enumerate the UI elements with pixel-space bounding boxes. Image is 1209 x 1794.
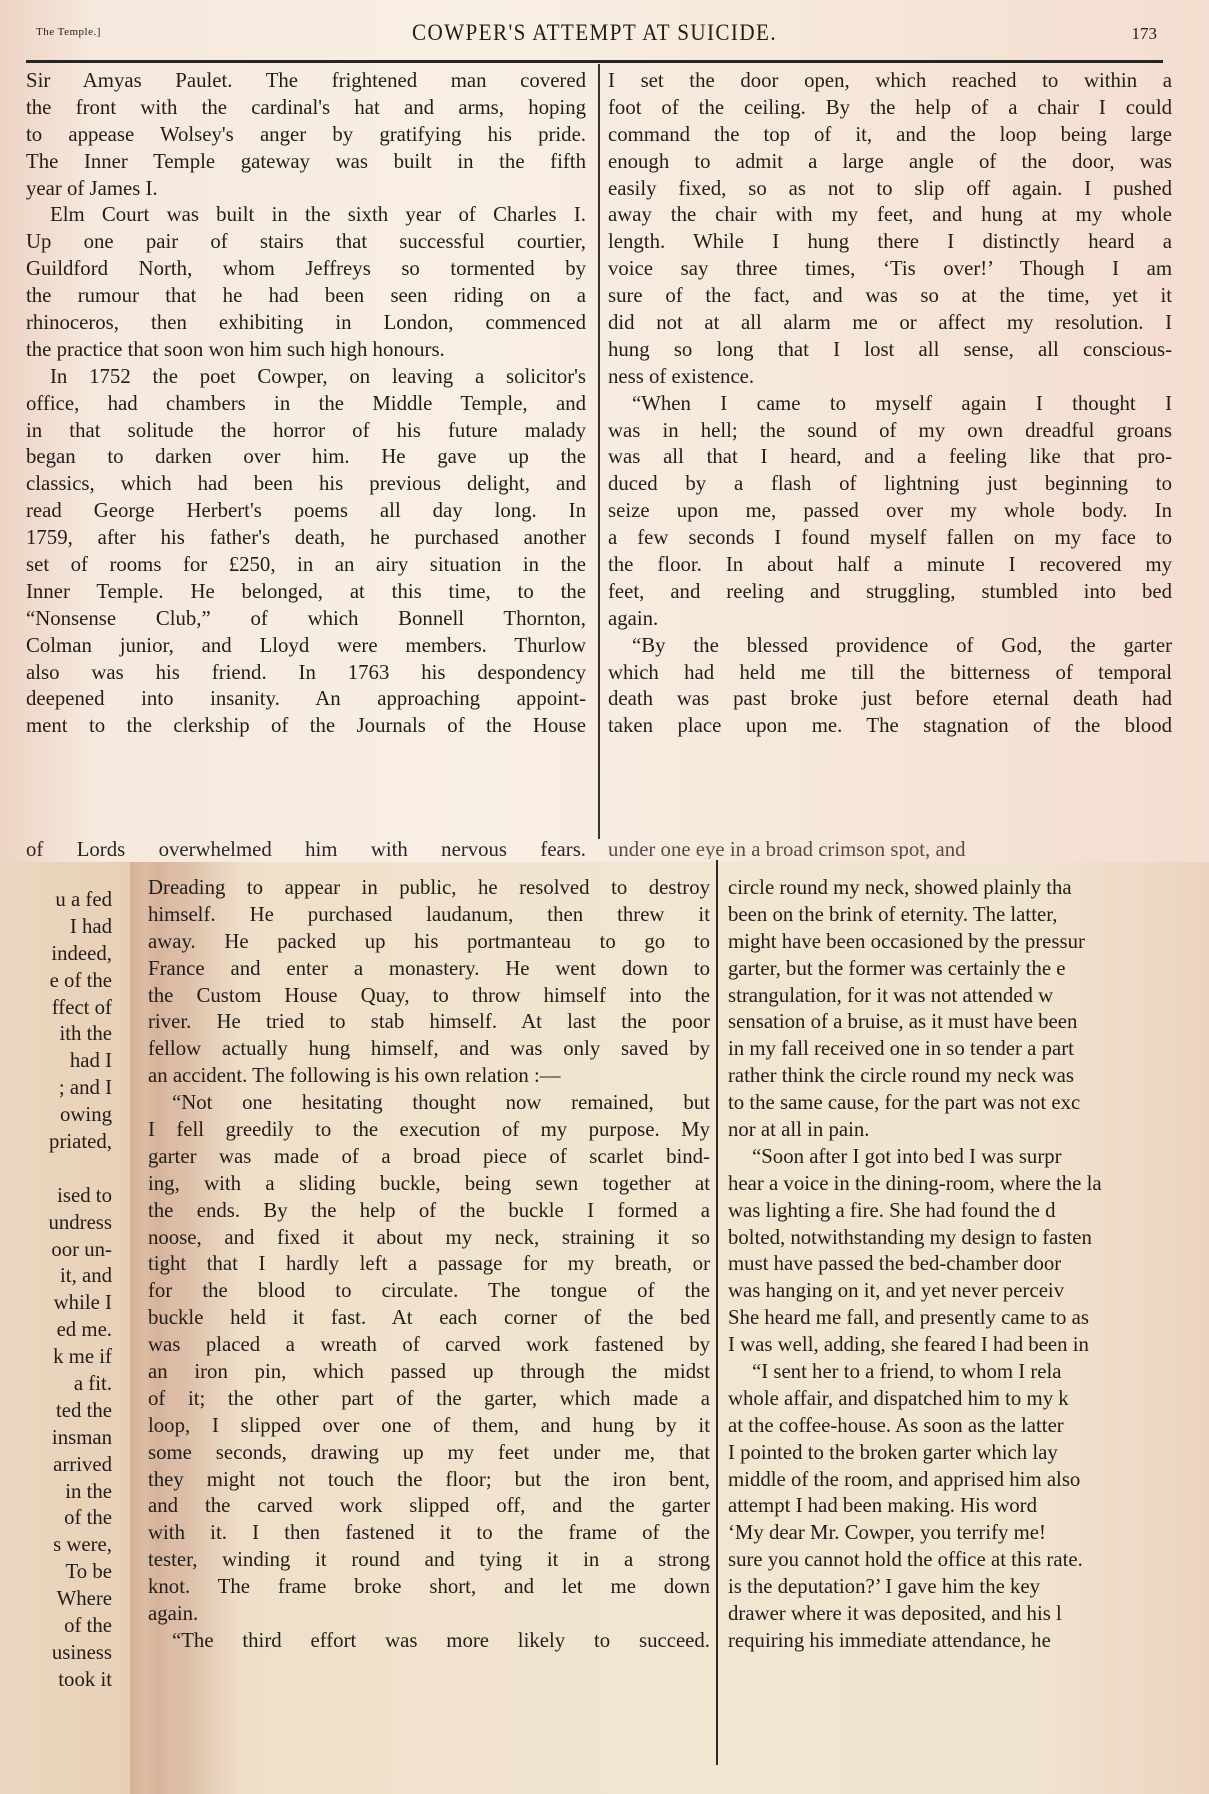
text-line: been on the brink of eternity. The latte… bbox=[728, 902, 1208, 929]
column-divider bbox=[598, 64, 600, 839]
text-line: while I bbox=[0, 1290, 112, 1317]
text-line: k me if bbox=[0, 1344, 112, 1371]
text-line: u a fed bbox=[0, 887, 112, 914]
text-line: ; and I bbox=[0, 1075, 112, 1102]
text-line: an iron pin, which passed up through the… bbox=[148, 1359, 710, 1386]
text-line: ‘My dear Mr. Cowper, you terrify me! bbox=[728, 1520, 1208, 1547]
text-line: again. bbox=[608, 606, 1172, 633]
text-line: himself. He purchased laudanum, then thr… bbox=[148, 902, 710, 929]
text-line: of the bbox=[0, 1613, 112, 1640]
text-line: “Not one hesitating thought now remained… bbox=[148, 1090, 710, 1117]
text-line: “Nonsense Club,” of which Bonnell Thornt… bbox=[26, 606, 586, 633]
text-line: set of rooms for £250, in an airy situat… bbox=[26, 552, 586, 579]
cutoff-line-right: under one eye in a broad crimson spot, a… bbox=[608, 838, 1208, 865]
text-line bbox=[0, 1156, 112, 1183]
text-line: also was his friend. In 1763 his despond… bbox=[26, 660, 586, 687]
text-line: did not at all alarm me or affect my res… bbox=[608, 310, 1172, 337]
text-line: oor un- bbox=[0, 1237, 112, 1264]
text-line: again. bbox=[148, 1601, 710, 1628]
text-line: She heard me fall, and presently came to… bbox=[728, 1305, 1208, 1332]
text-line: voice say three times, ‘Tis over!’ Thoug… bbox=[608, 256, 1172, 283]
text-line: taken place upon me. The stagnation of t… bbox=[608, 713, 1172, 740]
text-line: year of James I. bbox=[26, 176, 586, 203]
text-line: the front with the cardinal's hat and ar… bbox=[26, 95, 586, 122]
text-line: hear a voice in the dining-room, where t… bbox=[728, 1171, 1208, 1198]
text-line: indeed, bbox=[0, 941, 112, 968]
text-line: knot. The frame broke short, and let me … bbox=[148, 1574, 710, 1601]
bottom-left-strip-column: u a fedI hadindeed,e of theffect ofith t… bbox=[0, 887, 112, 1694]
text-line: whole affair, and dispatched him to my k bbox=[728, 1386, 1208, 1413]
text-line: rhinoceros, then exhibiting in London, c… bbox=[26, 310, 586, 337]
text-line: ted the bbox=[0, 1398, 112, 1425]
text-line: is the deputation?’ I gave him the key bbox=[728, 1574, 1208, 1601]
text-line: “I sent her to a friend, to whom I rela bbox=[728, 1359, 1208, 1386]
text-line: usiness bbox=[0, 1640, 112, 1667]
bottom-middle-column: Dreading to appear in public, he resolve… bbox=[148, 875, 710, 1655]
text-line: “By the blessed providence of God, the g… bbox=[608, 633, 1172, 660]
text-line: of the bbox=[0, 1505, 112, 1532]
text-line: some seconds, drawing up my feet under m… bbox=[148, 1440, 710, 1467]
text-line: had I bbox=[0, 1048, 112, 1075]
text-line: at the coffee-house. As soon as the latt… bbox=[728, 1413, 1208, 1440]
page-title: COWPER'S ATTEMPT AT SUICIDE. bbox=[71, 20, 1117, 46]
text-line: sure of the fact, and was so at the time… bbox=[608, 283, 1172, 310]
text-line: might have been occasioned by the pressu… bbox=[728, 929, 1208, 956]
page-number: 173 bbox=[1132, 24, 1158, 44]
text-line: circle round my neck, showed plainly tha bbox=[728, 875, 1208, 902]
text-line: arrived bbox=[0, 1452, 112, 1479]
text-line: hung so long that I lost all sense, all … bbox=[608, 337, 1172, 364]
text-line: took it bbox=[0, 1667, 112, 1694]
text-line: ness of existence. bbox=[608, 364, 1172, 391]
text-line: middle of the room, and apprised him als… bbox=[728, 1467, 1208, 1494]
text-line: insman bbox=[0, 1425, 112, 1452]
text-line: enough to admit a large angle of the doo… bbox=[608, 149, 1172, 176]
text-line: Elm Court was built in the sixth year of… bbox=[26, 202, 586, 229]
text-line: for the blood to circulate. The tongue o… bbox=[148, 1278, 710, 1305]
text-line: sure you cannot hold the office at this … bbox=[728, 1547, 1208, 1574]
text-line: must have passed the bed-chamber door bbox=[728, 1251, 1208, 1278]
text-line: The Inner Temple gateway was built in th… bbox=[26, 149, 586, 176]
text-line: In 1752 the poet Cowper, on leaving a so… bbox=[26, 364, 586, 391]
text-line: with it. I then fastened it to the frame… bbox=[148, 1520, 710, 1547]
text-line: was placed a wreath of carved work faste… bbox=[148, 1332, 710, 1359]
text-line: which had held me till the bitterness of… bbox=[608, 660, 1172, 687]
cutoff-line-left: of Lords overwhelmed him with nervous fe… bbox=[26, 838, 586, 865]
text-line: France and enter a monastery. He went do… bbox=[148, 956, 710, 983]
text-line: rather think the circle round my neck wa… bbox=[728, 1063, 1208, 1090]
text-line: was lighting a fire. She had found the d bbox=[728, 1198, 1208, 1225]
text-line: ith the bbox=[0, 1021, 112, 1048]
text-line: death was past broke just before eternal… bbox=[608, 686, 1172, 713]
text-line: easily fixed, so as not to slip off agai… bbox=[608, 176, 1172, 203]
text-line: in the bbox=[0, 1479, 112, 1506]
text-line: office, had chambers in the Middle Templ… bbox=[26, 391, 586, 418]
text-line: was hanging on it, and yet never perceiv bbox=[728, 1278, 1208, 1305]
text-line: Sir Amyas Paulet. The frightened man cov… bbox=[26, 68, 586, 95]
text-line: tight that I hardly left a passage for m… bbox=[148, 1251, 710, 1278]
text-line: Up one pair of stairs that successful co… bbox=[26, 229, 586, 256]
running-head: The Temple.] COWPER'S ATTEMPT AT SUICIDE… bbox=[26, 20, 1163, 63]
text-line: Dreading to appear in public, he resolve… bbox=[148, 875, 710, 902]
text-line: an accident. The following is his own re… bbox=[148, 1063, 710, 1090]
text-line: Where bbox=[0, 1586, 112, 1613]
text-line: was in hell; the sound of my own dreadfu… bbox=[608, 418, 1172, 445]
text-line: Guildford North, whom Jeffreys so tormen… bbox=[26, 256, 586, 283]
text-line: Inner Temple. He belonged, at this time,… bbox=[26, 579, 586, 606]
text-line: foot of the ceiling. By the help of a ch… bbox=[608, 95, 1172, 122]
text-line: ffect of bbox=[0, 995, 112, 1022]
text-line: “When I came to myself again I thought I bbox=[608, 391, 1172, 418]
text-line: to the same cause, for the part was not … bbox=[728, 1090, 1208, 1117]
text-line: to appease Wolsey's anger by gratifying … bbox=[26, 122, 586, 149]
text-line: the floor. In about half a minute I reco… bbox=[608, 552, 1172, 579]
text-line: in my fall received one in so tender a p… bbox=[728, 1036, 1208, 1063]
text-line: ment to the clerkship of the Journals of… bbox=[26, 713, 586, 740]
text-line: ised to bbox=[0, 1183, 112, 1210]
text-line: nor at all in pain. bbox=[728, 1117, 1208, 1144]
text-line: drawer where it was deposited, and his l bbox=[728, 1601, 1208, 1628]
text-line: bolted, notwithstanding my design to fas… bbox=[728, 1225, 1208, 1252]
text-line: garter was made of a broad piece of scar… bbox=[148, 1144, 710, 1171]
text-line: loop, I slipped over one of them, and hu… bbox=[148, 1413, 710, 1440]
text-line: “Soon after I got into bed I was surpr bbox=[728, 1144, 1208, 1171]
text-line: s were, bbox=[0, 1532, 112, 1559]
text-line: a few seconds I found myself fallen on m… bbox=[608, 525, 1172, 552]
text-line: garter, but the former was certainly the… bbox=[728, 956, 1208, 983]
text-line: it, and bbox=[0, 1263, 112, 1290]
text-line: and the carved work slipped off, and the… bbox=[148, 1493, 710, 1520]
text-line: duced by a flash of lightning just begin… bbox=[608, 471, 1172, 498]
text-line: owing bbox=[0, 1102, 112, 1129]
text-line: Colman junior, and Lloyd were members. T… bbox=[26, 633, 586, 660]
text-line: of it; the other part of the garter, whi… bbox=[148, 1386, 710, 1413]
text-line: To be bbox=[0, 1559, 112, 1586]
text-line: 1759, after his father's death, he purch… bbox=[26, 525, 586, 552]
text-line: I pointed to the broken garter which lay bbox=[728, 1440, 1208, 1467]
text-line: was all that I heard, and a feeling like… bbox=[608, 444, 1172, 471]
text-line: length. While I hung there I distinctly … bbox=[608, 229, 1172, 256]
text-line: strangulation, for it was not attended w bbox=[728, 983, 1208, 1010]
text-line: away. He packed up his portmanteau to go… bbox=[148, 929, 710, 956]
text-line: the practice that soon won him such high… bbox=[26, 337, 586, 364]
text-line: a fit. bbox=[0, 1371, 112, 1398]
text-line: deepened into insanity. An approaching a… bbox=[26, 686, 586, 713]
text-line: the rumour that he had been seen riding … bbox=[26, 283, 586, 310]
text-line: I had bbox=[0, 914, 112, 941]
text-line: requiring his immediate attendance, he bbox=[728, 1628, 1208, 1655]
text-line: the ends. By the help of the buckle I fo… bbox=[148, 1198, 710, 1225]
text-line: e of the bbox=[0, 968, 112, 995]
text-line: in that solitude the horror of his futur… bbox=[26, 418, 586, 445]
text-line: classics, which had been his previous de… bbox=[26, 471, 586, 498]
text-line: sensation of a bruise, as it must have b… bbox=[728, 1009, 1208, 1036]
text-line: tester, winding it round and tying it in… bbox=[148, 1547, 710, 1574]
top-page-scan: The Temple.] COWPER'S ATTEMPT AT SUICIDE… bbox=[0, 0, 1209, 880]
text-line: command the top of it, and the loop bein… bbox=[608, 122, 1172, 149]
text-line: river. He tried to stab himself. At last… bbox=[148, 1009, 710, 1036]
top-right-column: I set the door open, which reached to wi… bbox=[608, 68, 1172, 740]
text-line: the Custom House Quay, to throw himself … bbox=[148, 983, 710, 1010]
text-line: “The third effort was more likely to suc… bbox=[148, 1628, 710, 1655]
text-line: I set the door open, which reached to wi… bbox=[608, 68, 1172, 95]
text-line: priated, bbox=[0, 1129, 112, 1156]
text-line: read George Herbert's poems all day long… bbox=[26, 498, 586, 525]
text-line: away the chair with my feet, and hung at… bbox=[608, 202, 1172, 229]
text-line: I fell greedily to the execution of my p… bbox=[148, 1117, 710, 1144]
text-line: I was well, adding, she feared I had bee… bbox=[728, 1332, 1208, 1359]
bottom-right-column: circle round my neck, showed plainly tha… bbox=[728, 875, 1208, 1655]
text-line: undress bbox=[0, 1210, 112, 1237]
text-line: feet, and reeling and struggling, stumbl… bbox=[608, 579, 1172, 606]
text-line: fellow actually hung himself, and was on… bbox=[148, 1036, 710, 1063]
text-line: began to darken over him. He gave up the bbox=[26, 444, 586, 471]
text-line: buckle held it fast. At each corner of t… bbox=[148, 1305, 710, 1332]
text-line: ed me. bbox=[0, 1317, 112, 1344]
text-line: noose, and fixed it about my neck, strai… bbox=[148, 1225, 710, 1252]
text-line: they might not touch the floor; but the … bbox=[148, 1467, 710, 1494]
text-line: attempt I had been making. His word bbox=[728, 1493, 1208, 1520]
text-line: ing, with a sliding buckle, being sewn t… bbox=[148, 1171, 710, 1198]
top-left-column: Sir Amyas Paulet. The frightened man cov… bbox=[26, 68, 586, 740]
text-line: seize upon me, passed over my whole body… bbox=[608, 498, 1172, 525]
column-divider-bottom bbox=[716, 860, 718, 1765]
